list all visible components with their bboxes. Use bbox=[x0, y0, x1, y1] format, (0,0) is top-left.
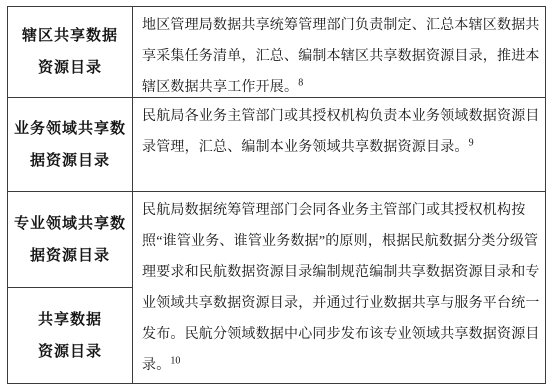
shared-data-catalog-table: 辖区共享数据 资源目录 地区管理局数据共享统筹管理部门负责制定、汇总本辖区数据共… bbox=[7, 6, 546, 384]
label-line: 资源目录 bbox=[38, 336, 102, 368]
document-page: 辖区共享数据 资源目录 地区管理局数据共享统筹管理部门负责制定、汇总本辖区数据共… bbox=[0, 0, 554, 392]
footnote-marker: 10 bbox=[170, 355, 180, 366]
row-content-text: 民航局数据统筹管理部门会同各业务主管部门或其授权机构按照“谁管业务、谁管业务数据… bbox=[142, 203, 540, 373]
row-label-stack: 专业领域共享数 据资源目录 共享数据 资源目录 bbox=[8, 192, 133, 383]
footnote-marker: 8 bbox=[298, 77, 303, 88]
table-row: 专业领域共享数 据资源目录 共享数据 资源目录 民航局数据统筹管理部门会同各业务… bbox=[8, 192, 545, 383]
label-line: 辖区共享数据 bbox=[22, 20, 118, 52]
label-line: 专业领域共享数 bbox=[14, 208, 126, 240]
row-label-business-domain-catalog: 业务领域共享数 据资源目录 bbox=[8, 98, 133, 191]
label-line: 据资源目录 bbox=[30, 145, 110, 177]
row-content-text: 民航局各业务主管部门或其授权机构负责本业务领域数据资源目录管理，汇总、编制本业务… bbox=[142, 109, 540, 155]
label-line: 据资源目录 bbox=[30, 240, 110, 272]
table-row: 业务领域共享数 据资源目录 民航局各业务主管部门或其授权机构负责本业务领域数据资… bbox=[8, 98, 545, 192]
row-content-cell: 民航局各业务主管部门或其授权机构负责本业务领域数据资源目录管理，汇总、编制本业务… bbox=[133, 98, 545, 191]
table-row: 辖区共享数据 资源目录 地区管理局数据共享统筹管理部门负责制定、汇总本辖区数据共… bbox=[8, 7, 545, 98]
row-content-text: 地区管理局数据共享统筹管理部门负责制定、汇总本辖区数据共享采集任务清单，汇总、编… bbox=[142, 18, 540, 95]
label-line: 资源目录 bbox=[38, 52, 102, 84]
row-content-cell: 民航局数据统筹管理部门会同各业务主管部门或其授权机构按照“谁管业务、谁管业务数据… bbox=[133, 192, 545, 383]
row-label-professional-domain-catalog: 专业领域共享数 据资源目录 bbox=[8, 192, 132, 288]
row-content-cell: 地区管理局数据共享统筹管理部门负责制定、汇总本辖区数据共享采集任务清单，汇总、编… bbox=[133, 7, 545, 97]
label-line: 共享数据 bbox=[38, 304, 102, 336]
footnote-marker: 9 bbox=[469, 137, 474, 148]
row-label-shared-data-catalog: 共享数据 资源目录 bbox=[8, 288, 132, 383]
row-label-jurisdiction-catalog: 辖区共享数据 资源目录 bbox=[8, 7, 133, 97]
label-line: 业务领域共享数 bbox=[14, 113, 126, 145]
